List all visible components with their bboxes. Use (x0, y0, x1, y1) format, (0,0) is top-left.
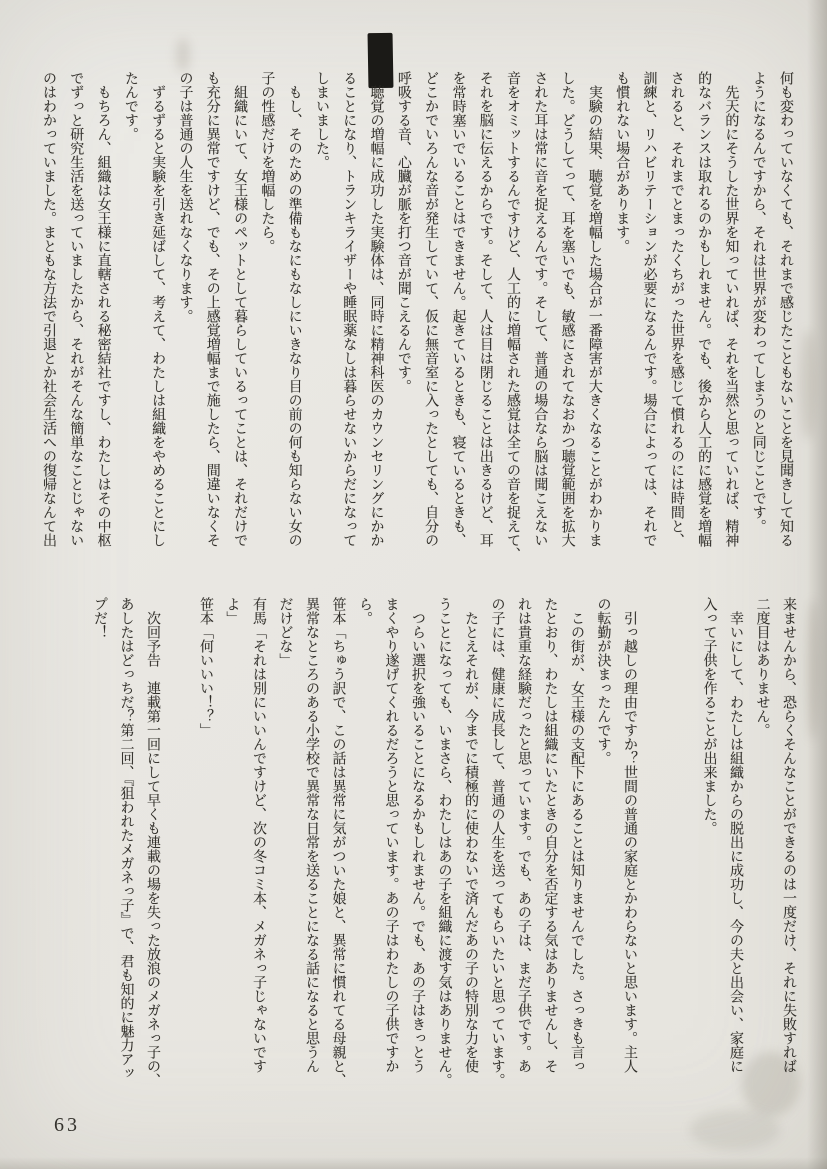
text-column: 来ませんから、恐らくそんなことができるのは一度だけ、それに失敗すれば (775, 597, 802, 1079)
text-column: した。どうしてって、耳を塞いでも、敏感にされてなおかつ聴覚範囲を拡大 (553, 71, 580, 553)
text-column: だけどな」 (271, 597, 298, 1079)
text-column: 子の性感だけを増幅したら。 (253, 71, 280, 553)
lower-text-block: 来ませんから、恐らくそんなことができるのは一度だけ、それに失敗すれば二度目はあり… (86, 597, 802, 1079)
text-column: 実験の結果、聴覚を増幅した場合が一番障害が大きくなることがわかりま (581, 71, 608, 553)
text-column (669, 597, 696, 1079)
text-column: の子は普通の人生を送れなくなります。 (171, 71, 198, 553)
text-column: れは貴重な経験だったと思っています。でも、あの子は、まだ子供です。あ (510, 597, 537, 1079)
page-number: 63 (54, 1114, 80, 1137)
text-column: 笹本「何いいい！？」 (192, 597, 219, 1079)
text-column: でずっと研究生活を送っていましたから、それがそんな簡単なことじゃない (62, 71, 89, 553)
text-column: 訓練と、リハビリテーションが必要になるんです。場合によっては、それで (635, 71, 662, 553)
text-column: ら。 (351, 597, 378, 1079)
text-column: 入って子供を作ることが出来ました。 (695, 597, 722, 1079)
text-column: も充分に異常ですけど、でも、その上感覚増幅まで施したら、間違いなくそ (198, 71, 225, 553)
text-column: たとえそれが、今までに積極的に使わないで済んだあの子の特別な力を使 (457, 597, 484, 1079)
bleedthrough-mark (176, 38, 190, 72)
text-column: この街が、女王様の支配下にあることは知りませんでした。さっきも言っ (563, 597, 590, 1079)
text-column: つらい選択を強いることになるかもしれません。でも、あの子はきっとう (404, 597, 431, 1079)
text-column: 聴覚の増幅に成功した実験体は、同時に精神科医のカウンセリングにかか (362, 71, 389, 553)
text-column: ようになるんですから、それは世界が変わってしまうのと同じことです。 (744, 71, 771, 553)
text-column (642, 597, 669, 1079)
text-column: ずるずると実験を引き延ばして、考えて、わたしは組織をやめることにし (144, 71, 171, 553)
text-column: たんです。 (117, 71, 144, 553)
page-edge-shadow (807, 0, 827, 1169)
text-column: 先天的にそうした世界を知っていれば、それを当然と思っていれば、精神 (717, 71, 744, 553)
upper-text-block: 何も変わっていなくても、それまで感じたこともないことを見聞きして知るようになるん… (35, 71, 799, 553)
text-column: 笹本「ちゅう訳で、この話は異常に気がついた娘と、異常に慣れてる母親と、 (324, 597, 351, 1079)
page-edge-shadow (0, 1157, 827, 1169)
text-column: も慣れない場合があります。 (608, 71, 635, 553)
text-column: 組織にいて、女王様のペットとして暮らしているってことは、それだけで (226, 71, 253, 553)
text-column: あしたはどっちだ？第二回、『狙われたメガネっ子』で、君も知的に魅力アッ (112, 597, 139, 1079)
text-column: 的なバランスは取れるのかもしれません。でも、後から人工的に感覚を増幅 (690, 71, 717, 553)
text-column: 何も変わっていなくても、それまで感じたこともないことを見聞きして知る (772, 71, 799, 553)
text-column: うことになっても、いまさら、わたしはあの子を組織に渡す気はありません。 (430, 597, 457, 1079)
text-column: 引っ越しの理由ですか？世間の普通の家庭とかわらないと思います。主人 (616, 597, 643, 1079)
text-column: 音をオミットするんですけど、人工的に増幅された感覚は全ての音を捉えて、 (499, 71, 526, 553)
text-column: もし、そのための準備もなにもなしにいきなり目の前の何も知らない女の (280, 71, 307, 553)
text-column: 次回予告 連載第一回にして早くも連載の場を失った放浪のメガネっ子の、 (139, 597, 166, 1079)
text-column: しまいました。 (308, 71, 335, 553)
text-column: よ」 (218, 597, 245, 1079)
text-column: されると、それまでとまったくちがった世界を感じて慣れるのには時間と、 (663, 71, 690, 553)
text-column: の子には、健康に成長して、普通の人生を送ってもらいたいと思っています。 (483, 597, 510, 1079)
text-column: どこかでいろんな音が発生していて、仮に無音室に入ったとしても、自分の (417, 71, 444, 553)
text-column: された耳は常に音を捉えるんです。そして、普通の場合なら脳は聞こえない (526, 71, 553, 553)
text-column: もちろん、組織は女王様に直轄される秘密結社ですし、わたしはその中枢 (89, 71, 116, 553)
text-column: のはわかっていました。まともな方法で引退とか社会生活への復帰なんて出 (35, 71, 62, 553)
text-column: 幸いにして、わたしは組織からの脱出に成功し、今の夫と出会い、家庭に (722, 597, 749, 1079)
text-column (165, 597, 192, 1079)
text-column: 呼吸する音、心臓が脈を打つ音が聞こえるんです。 (390, 71, 417, 553)
text-column: の転勤が決まったんです。 (589, 597, 616, 1079)
text-column: を常時塞いでいることはできません。起きているときも、寝ているときも、 (444, 71, 471, 553)
bleedthrough-mark (690, 1110, 780, 1150)
text-column: それを脳に伝えるからです。そして、人は目は閉じることは出きるけど、耳 (471, 71, 498, 553)
text-column: まくやり遂げてくれるだろうと思っています。あの子はわたしの子供ですか (377, 597, 404, 1079)
text-column: 異常なところのある小学校で異常な日常を送ることになる話になると思うん (298, 597, 325, 1079)
text-column: プだ！ (86, 597, 113, 1079)
text-column: 二度目はありません。 (748, 597, 775, 1079)
text-column: ることになり、トランキライザーや睡眠薬なしは暮らせないからだになって (335, 71, 362, 553)
scanned-page: 何も変わっていなくても、それまで感じたこともないことを見聞きして知るようになるん… (0, 0, 827, 1169)
text-column: 有馬「それは別にいいんですけど、次の冬コミ本、メガネっ子じゃないです (245, 597, 272, 1079)
text-column: たとおり、わたしは組織にいたときの自分を否定する気はありませんし、そ (536, 597, 563, 1079)
